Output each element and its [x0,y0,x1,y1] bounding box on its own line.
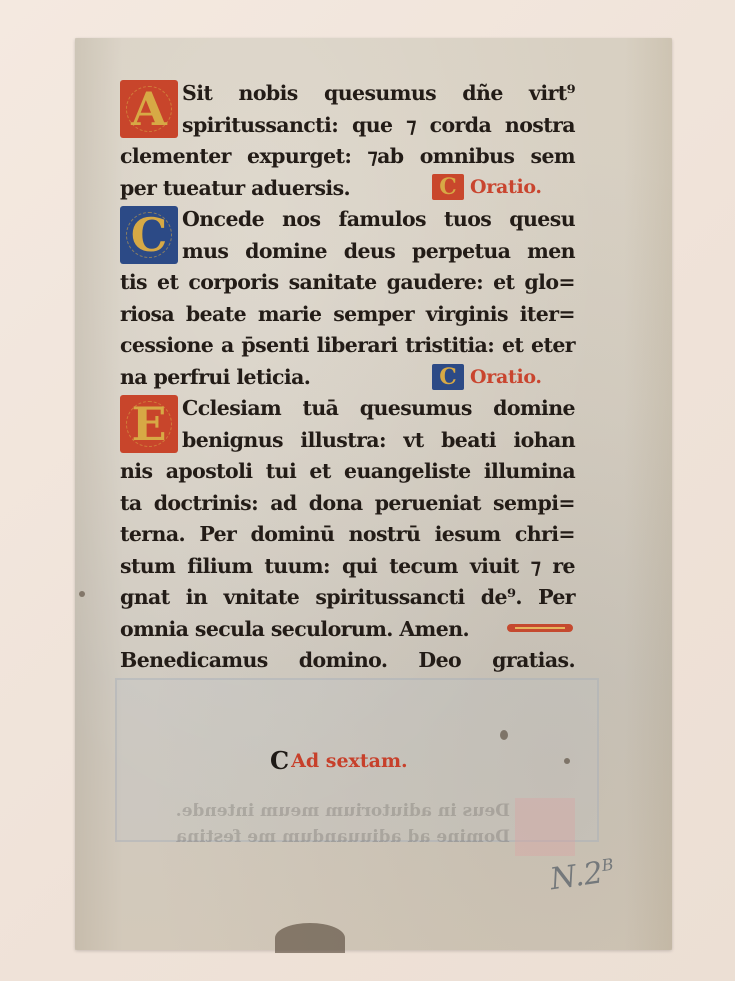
text-line: tis et corporis sanitate gaudere: et glo… [120,267,575,299]
stain-mark [79,591,85,597]
rubric-label: Oratio. [470,176,542,198]
text-line: stum filium tuum: qui tecum viuit ⁊ re [120,551,575,583]
text-line: spiritussancti: que ⁊ corda nostra [120,110,575,142]
text-line: riosa beate marie semper virginis iter= [120,299,575,331]
pilcrow-icon: C [270,746,289,775]
text-line: Oncede nos famulos tuos quesu [120,204,575,236]
text-line: Cclesiam tuā quesumus domine [120,393,575,425]
showthrough-line: Domine ad adiuuandum me festina [120,824,510,850]
stain-mark [564,758,570,764]
stain-mark [500,730,508,740]
text-block: A Sit nobis quesumus dñe virt⁹ spirituss… [120,78,575,677]
text-line: Sit nobis quesumus dñe virt⁹ [120,78,575,110]
rubric-oratio-2: C Oratio. [432,364,542,390]
text-line: Benedicamus domino. Deo gratias. [120,645,575,677]
text-line: nis apostoli tui et euangeliste illumina [120,456,575,488]
rubric-initial: C [432,364,464,390]
pencil-annotation: N.2B [548,854,617,898]
prayer-2: C Oncede nos famulos tuos quesu mus domi… [120,204,575,393]
text-line: clementer expurget: ⁊ab omnibus sem [120,141,575,173]
showthrough-line: Deus in adiutorium meum intende. [120,798,510,824]
showthrough-initial [515,798,575,856]
text-line: gnat in vnitate spiritussancti de⁹. Per [120,582,575,614]
rubric-oratio-1: C Oratio. [432,174,542,200]
text-line: terna. Per dominū nostrū iesum chri= [120,519,575,551]
manuscript-leaf: Deus in adiutorium meum intende. Domine … [75,38,672,950]
red-line-filler [507,624,573,632]
text-line: mus domine deus perpetua men [120,236,575,268]
section-heading-ad-sextam: C Ad sextam. [270,746,408,775]
rubric-label: Oratio. [470,366,542,388]
stain-mark [275,923,345,953]
text-line: ta doctrinis: ad dona perueniat sempi= [120,488,575,520]
text-line: cessione a p̄senti liberari tristitia: e… [120,330,575,362]
text-line: benignus illustra: vt beati iohan [120,425,575,457]
section-heading-label: Ad sextam. [291,750,408,772]
showthrough-text: Deus in adiutorium meum intende. Domine … [120,798,510,850]
prayer-1: A Sit nobis quesumus dñe virt⁹ spirituss… [120,78,575,204]
prayer-3: E Cclesiam tuā quesumus domine benignus … [120,393,575,677]
rubric-initial: C [432,174,464,200]
